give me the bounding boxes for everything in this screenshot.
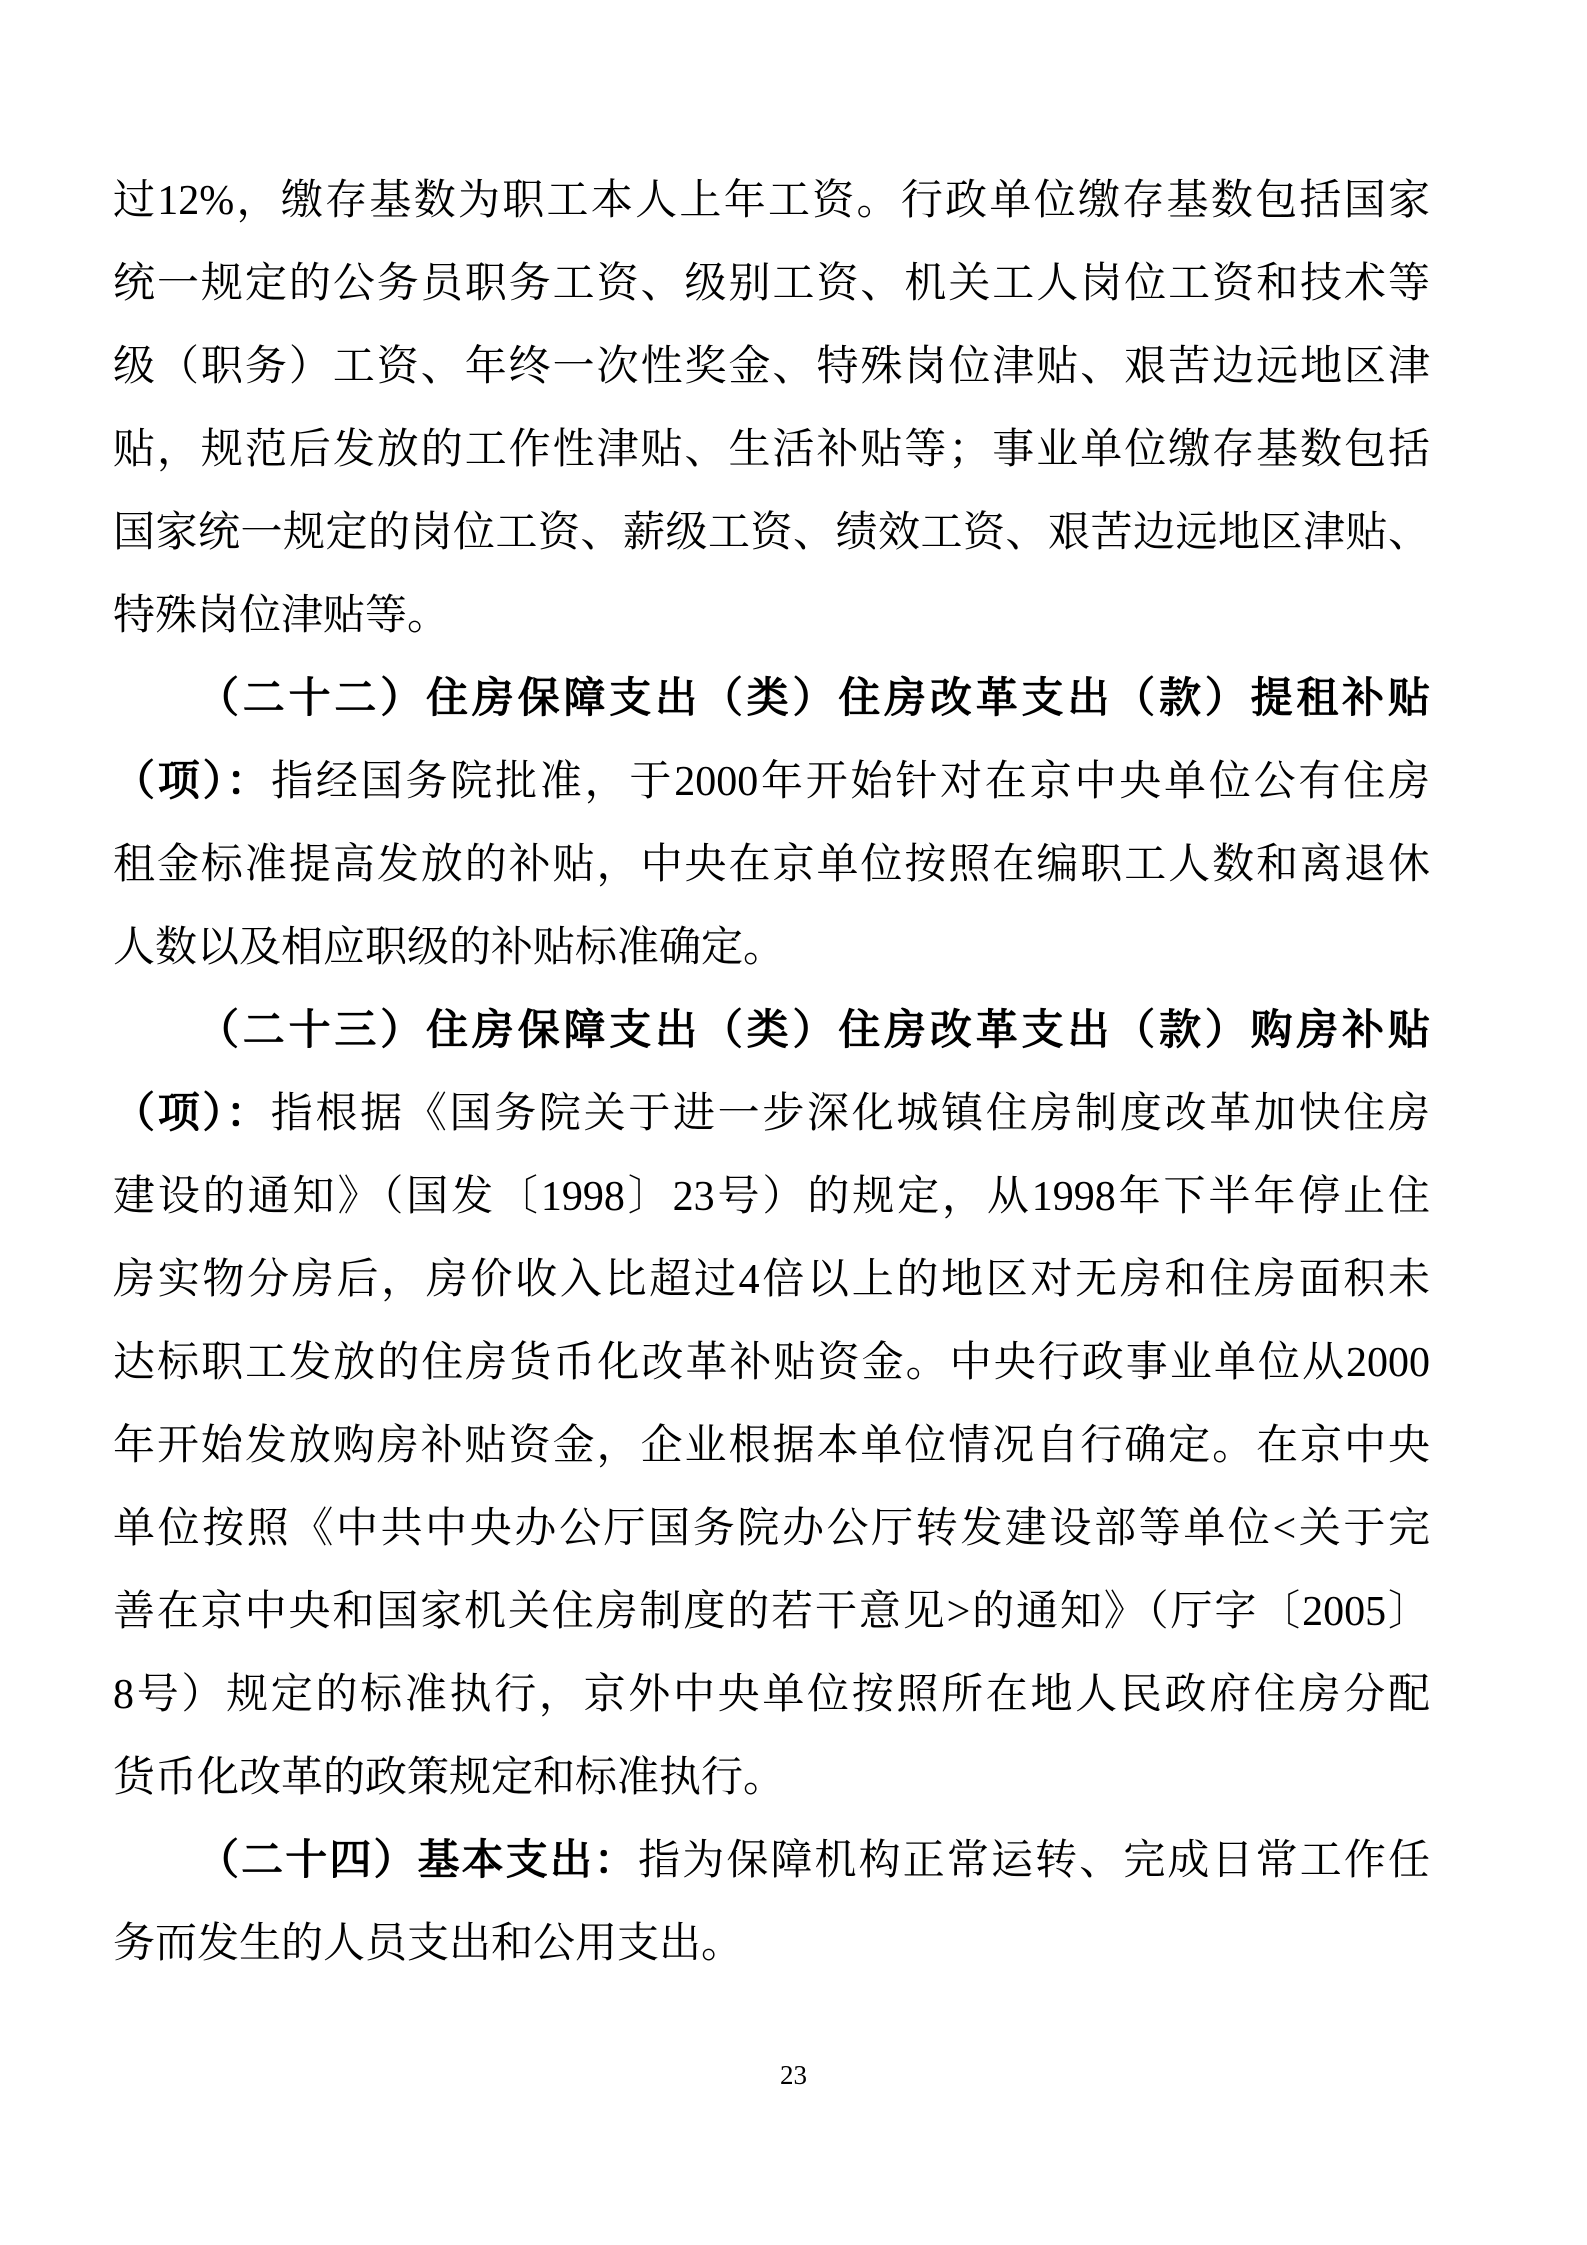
text-segment: 指经国务院批准，于2000年开始针对在京中央单位公有住房 xyxy=(271,759,1430,805)
text-segment: 租金标准提高发放的补贴，中央在京单位按照在编职工人数和离退休 xyxy=(113,842,1430,888)
document-body: 过12%，缴存基数为职工本人上年工资。行政单位缴存基数包括国家统一规定的公务员职… xyxy=(113,160,1430,1986)
text-line: 租金标准提高发放的补贴，中央在京单位按照在编职工人数和离退休 xyxy=(113,824,1430,907)
text-segment: 人数以及相应职级的补贴标准确定。 xyxy=(113,925,785,971)
text-line: 特殊岗位津贴等。 xyxy=(113,575,1430,658)
text-line: 级（职务）工资、年终一次性奖金、特殊岗位津贴、艰苦边远地区津 xyxy=(113,326,1430,409)
document-page: 过12%，缴存基数为职工本人上年工资。行政单位缴存基数包括国家统一规定的公务员职… xyxy=(0,0,1587,2245)
text-line: 8号）规定的标准执行，京外中央单位按照所在地人民政府住房分配 xyxy=(113,1654,1430,1737)
text-line: 过12%，缴存基数为职工本人上年工资。行政单位缴存基数包括国家 xyxy=(113,160,1430,243)
bold-text-segment: （项）： xyxy=(113,759,271,805)
bold-text-segment: （二十三）住房保障支出（类）住房改革支出（款）购房补贴 xyxy=(197,1008,1430,1054)
text-segment: 指为保障机构正常运转、完成日常工作任 xyxy=(638,1838,1430,1884)
text-segment: 级（职务）工资、年终一次性奖金、特殊岗位津贴、艰苦边远地区津 xyxy=(113,344,1430,390)
text-segment: 房实物分房后，房价收入比超过4倍以上的地区对无房和住房面积未 xyxy=(113,1257,1430,1303)
text-line: 统一规定的公务员职务工资、级别工资、机关工人岗位工资和技术等 xyxy=(113,243,1430,326)
text-line: 房实物分房后，房价收入比超过4倍以上的地区对无房和住房面积未 xyxy=(113,1239,1430,1322)
bold-text-segment: （二十二）住房保障支出（类）住房改革支出（款）提租补贴 xyxy=(197,676,1430,722)
page-number: 23 xyxy=(0,2058,1587,2092)
text-line: 单位按照《中共中央办公厅国务院办公厅转发建设部等单位<关于完 xyxy=(113,1488,1430,1571)
text-line: 国家统一规定的岗位工资、薪级工资、绩效工资、艰苦边远地区津贴、 xyxy=(113,492,1430,575)
text-segment: 务而发生的人员支出和公用支出。 xyxy=(113,1921,743,1967)
text-line: 人数以及相应职级的补贴标准确定。 xyxy=(113,907,1430,990)
text-line: （项）：指经国务院批准，于2000年开始针对在京中央单位公有住房 xyxy=(113,741,1430,824)
text-segment: 年开始发放购房补贴资金，企业根据本单位情况自行确定。在京中央 xyxy=(113,1423,1430,1469)
text-line: 贴，规范后发放的工作性津贴、生活补贴等；事业单位缴存基数包括 xyxy=(113,409,1430,492)
text-segment: 统一规定的公务员职务工资、级别工资、机关工人岗位工资和技术等 xyxy=(113,261,1430,307)
text-segment: 过12%，缴存基数为职工本人上年工资。行政单位缴存基数包括国家 xyxy=(113,178,1430,224)
bold-text-segment: （二十四）基本支出： xyxy=(197,1838,638,1884)
text-line: 货币化改革的政策规定和标准执行。 xyxy=(113,1737,1430,1820)
text-line: （项）：指根据《国务院关于进一步深化城镇住房制度改革加快住房 xyxy=(113,1073,1430,1156)
text-segment: 货币化改革的政策规定和标准执行。 xyxy=(113,1755,785,1801)
text-segment: 特殊岗位津贴等。 xyxy=(113,593,449,639)
text-segment: 善在京中央和国家机关住房制度的若干意见>的通知》（厅字〔2005〕 xyxy=(113,1589,1430,1635)
text-line: 年开始发放购房补贴资金，企业根据本单位情况自行确定。在京中央 xyxy=(113,1405,1430,1488)
text-line: 善在京中央和国家机关住房制度的若干意见>的通知》（厅字〔2005〕 xyxy=(113,1571,1430,1654)
text-segment: 贴，规范后发放的工作性津贴、生活补贴等；事业单位缴存基数包括 xyxy=(113,427,1430,473)
text-line: （二十四）基本支出：指为保障机构正常运转、完成日常工作任 xyxy=(113,1820,1430,1903)
text-line: （二十二）住房保障支出（类）住房改革支出（款）提租补贴 xyxy=(113,658,1430,741)
text-segment: 建设的通知》（国发〔1998〕23号）的规定，从1998年下半年停止住 xyxy=(113,1174,1430,1220)
text-segment: 达标职工发放的住房货币化改革补贴资金。中央行政事业单位从2000 xyxy=(113,1340,1430,1386)
text-line: 务而发生的人员支出和公用支出。 xyxy=(113,1903,1430,1986)
text-segment: 国家统一规定的岗位工资、薪级工资、绩效工资、艰苦边远地区津贴、 xyxy=(113,510,1430,556)
bold-text-segment: （项）： xyxy=(113,1091,271,1137)
text-segment: 单位按照《中共中央办公厅国务院办公厅转发建设部等单位<关于完 xyxy=(113,1506,1430,1552)
text-line: 建设的通知》（国发〔1998〕23号）的规定，从1998年下半年停止住 xyxy=(113,1156,1430,1239)
text-segment: 指根据《国务院关于进一步深化城镇住房制度改革加快住房 xyxy=(271,1091,1430,1137)
text-line: 达标职工发放的住房货币化改革补贴资金。中央行政事业单位从2000 xyxy=(113,1322,1430,1405)
text-segment: 8号）规定的标准执行，京外中央单位按照所在地人民政府住房分配 xyxy=(113,1672,1430,1718)
text-line: （二十三）住房保障支出（类）住房改革支出（款）购房补贴 xyxy=(113,990,1430,1073)
